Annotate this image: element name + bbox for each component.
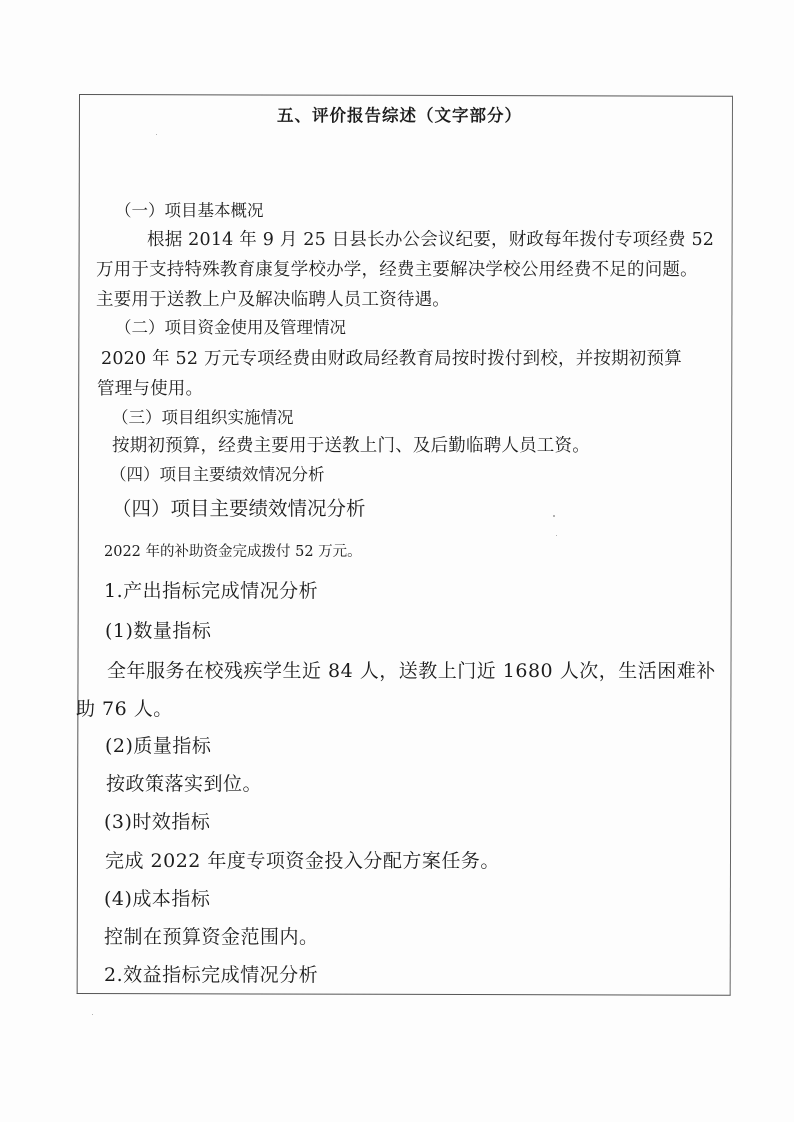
funding-summary-line: 2022 年的补助资金完成拨付 52 万元。 (104, 545, 362, 560)
scan-speck (92, 1014, 93, 1015)
section-heading-3: （三）项目组织实施情况 (112, 410, 294, 427)
section-heading-4-large: （四）项目主要绩效情况分析 (112, 499, 366, 519)
quality-indicator-heading: (2)质量指标 (105, 737, 211, 756)
section-heading-4: （四）项目主要绩效情况分析 (110, 467, 325, 484)
timeliness-indicator-line-1: 完成 2022 年度专项资金投入分配方案任务。 (105, 852, 500, 871)
quantity-indicator-line-1: 全年服务在校残疾学生近 84 人，送教上门近 1680 人次，生活困难补 (107, 662, 716, 681)
scan-speck (556, 535, 557, 536)
section-2-line-2: 管理与使用。 (97, 381, 203, 399)
timeliness-indicator-heading: (3)时效指标 (104, 813, 210, 832)
section-1-line-1: 根据 2014 年 9 月 25 日县长办公会议纪要，财政每年拨付专项经费 52 (147, 232, 714, 250)
cost-indicator-heading: (4)成本指标 (104, 890, 210, 909)
section-1-line-2: 万用于支持特殊教育康复学校办学，经费主要解决学校公用经费不足的问题。 (96, 262, 698, 280)
cost-indicator-line-1: 控制在预算资金范围内。 (104, 928, 319, 947)
scan-speck (553, 515, 555, 517)
benefit-analysis-heading: 2.效益指标完成情况分析 (104, 966, 318, 985)
section-3-line-1: 按期初预算，经费主要用于送教上门、及后勤临聘人员工资。 (112, 438, 590, 456)
section-heading-2: （二）项目资金使用及管理情况 (115, 320, 346, 337)
section-heading-1: （一）项目基本概况 (115, 203, 264, 220)
section-2-line-1: 2020 年 52 万元专项经费由财政局经教育局按时拨付到校，并按期初预算 (101, 351, 682, 369)
scan-speck (156, 134, 157, 135)
section-1-line-3: 主要用于送教上户及解决临聘人员工资待遇。 (96, 292, 450, 310)
quantity-indicator-line-2: 助 76 人。 (76, 700, 173, 719)
document-page: 五、评价报告综述（文字部分） （一）项目基本概况 根据 2014 年 9 月 2… (0, 0, 794, 1122)
output-analysis-heading: 1.产出指标完成情况分析 (104, 582, 318, 601)
quality-indicator-line-1: 按政策落实到位。 (106, 775, 262, 794)
quantity-indicator-heading: (1)数量指标 (105, 622, 211, 641)
report-title: 五、评价报告综述（文字部分） (277, 108, 522, 125)
